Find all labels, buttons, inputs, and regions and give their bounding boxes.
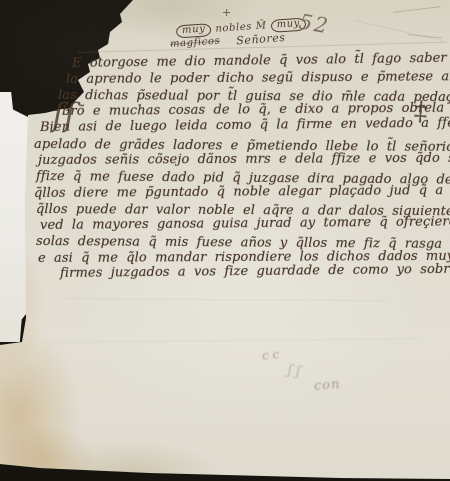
folio-number: 52 xyxy=(297,10,331,39)
text-line: juzgados señis cõsejo dãnos mrs e dela f… xyxy=(38,150,450,168)
bleedthrough-marks-mid: ʃ ʃ xyxy=(287,362,301,380)
manuscript-photo: + muy nobles M̃ muy magficos Señores 52 … xyxy=(0,0,450,481)
bleedthrough-marks-upper: c c xyxy=(261,347,280,363)
text-line: la aprendo le poder dicho segũ dispuso e… xyxy=(66,69,450,87)
text-line: q̃llos diere me p̃guntado q̃ noble alega… xyxy=(34,183,450,201)
bleedthrough-marks-lower: con xyxy=(314,377,341,394)
invocation-cross: + xyxy=(222,6,231,19)
tall-stroke-flourish: ſſ xyxy=(52,96,76,134)
double-cross-flourish: ‡ xyxy=(413,96,429,128)
